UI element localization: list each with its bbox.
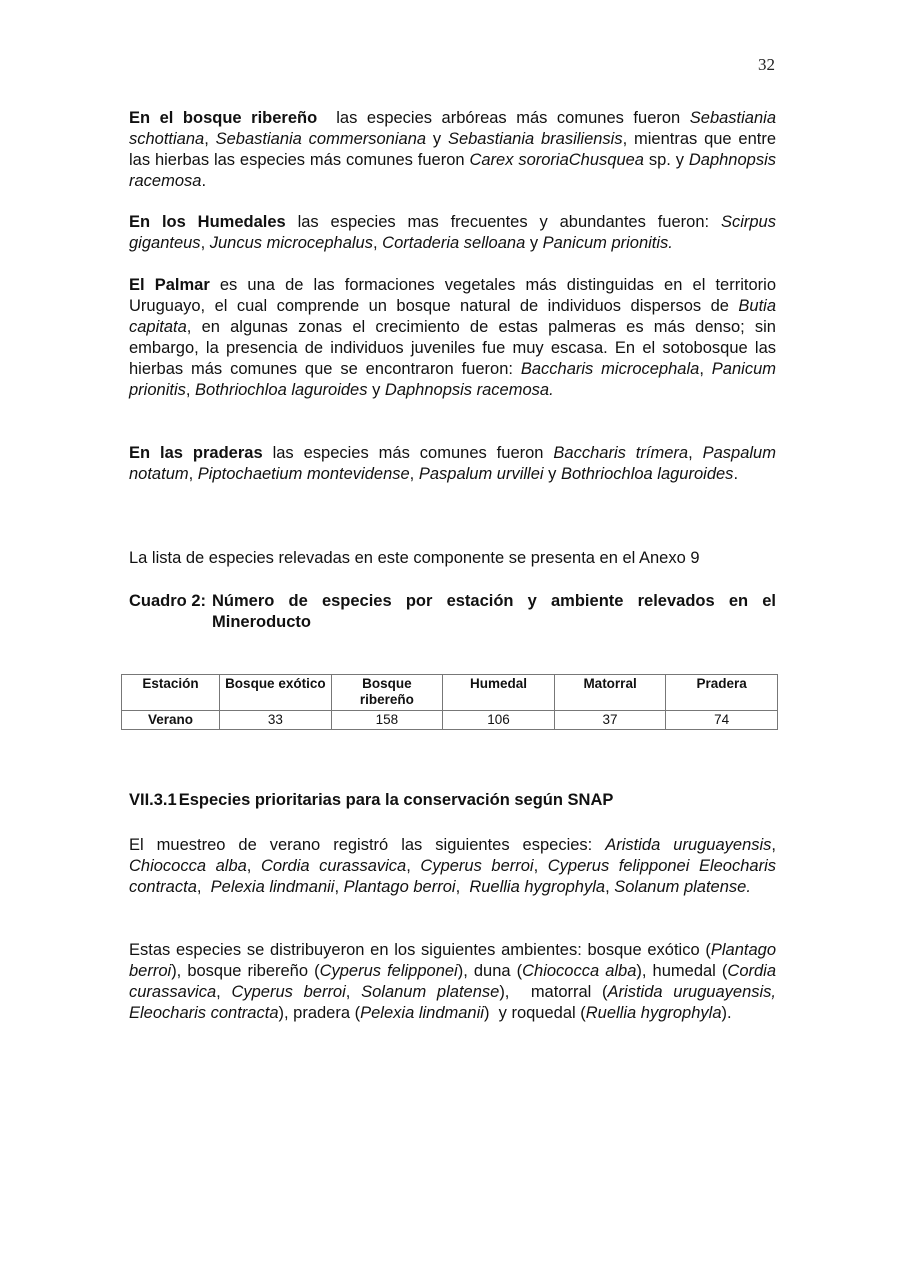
species-count-table: Estación Bosque exótico Bosque ribereño … [121,674,778,730]
text-run: , [334,878,343,896]
species-name: Daphnopsis racemosa. [385,381,554,399]
section-number: VII.3.1 [129,791,177,809]
cell-bosque-ribereno: 158 [331,711,443,730]
text-run: , [406,857,420,875]
text-run: las especies más comunes fueron [263,444,554,462]
species-name: Solanum platense. [614,878,751,896]
text-run: es una de las formaciones vegetales más … [129,276,781,315]
text-run: , [189,465,198,483]
species-name: Paspalum urvillei [419,465,544,483]
text-run: ), humedal ( [636,962,727,980]
bold-term: El Palmar [129,276,210,294]
paragraph-palmar: El Palmar es una de las formaciones vege… [129,275,776,401]
cell-matorral: 37 [554,711,666,730]
species-name: Chiococca alba [522,962,636,980]
text-run: sp. y [644,151,689,169]
text-run: , [204,130,215,148]
species-name: Bothriochloa laguroides [561,465,733,483]
header-bosque-ribereno: Bosque ribereño [331,675,443,711]
paragraph-anexo-reference: La lista de especies relevadas en este c… [129,548,776,569]
paragraph-distribucion-ambientes: Estas especies se distribuyeron en los s… [129,940,776,1024]
text-run: , [534,857,548,875]
text-run: , [197,878,211,896]
table-caption-label: Cuadro 2: [129,591,206,633]
species-name: Plantago berroi [344,878,456,896]
cell-humedal: 106 [443,711,555,730]
table-header-row: Estación Bosque exótico Bosque ribereño … [122,675,778,711]
text-run: ), duna ( [458,962,522,980]
text-run: El muestreo de verano registró las sigui… [129,836,605,854]
header-humedal: Humedal [443,675,555,711]
cell-estacion: Verano [122,711,220,730]
species-name: Carex sororiaChusquea [469,151,644,169]
text-run: , [605,878,614,896]
text-run: y [426,130,448,148]
species-name: Cyperus berroi [231,983,345,1001]
species-name: Sebastiania brasiliensis [448,130,623,148]
species-name: Piptochaetium montevidense [198,465,410,483]
section-heading: VII.3.1Especies prioritarias para la con… [129,791,613,810]
table-row: Verano 33 158 106 37 74 [122,711,778,730]
species-name: Juncus microcephalus [210,234,373,252]
species-name: Ruellia hygrophyla [469,878,605,896]
species-name: Baccharis microcephala [521,360,699,378]
text-run: y [367,381,384,399]
text-run: , [688,444,703,462]
text-run: La lista de especies relevadas en este c… [129,549,700,567]
header-pradera: Pradera [666,675,778,711]
species-name: Bothriochloa laguroides [195,381,367,399]
bold-term: En el bosque ribereño [129,109,317,127]
text-run: . [201,172,206,190]
text-run: , [216,983,231,1001]
species-name: Aristida uruguayensis [605,836,771,854]
text-run: las especies arbóreas más comunes fueron [317,109,690,127]
cell-pradera: 74 [666,711,778,730]
species-name: Pelexia lindmanii [211,878,335,896]
species-name: Cortaderia selloana [382,234,525,252]
text-run: Estas especies se distribuyeron en los s… [129,941,711,959]
species-name: Cyperus felipponei [320,962,458,980]
species-name: Sebastiania commersoniana [216,130,426,148]
species-name: Ruellia hygrophyla [586,1004,722,1022]
species-name: Solanum platense [361,983,499,1001]
text-run: . [733,465,738,483]
table-caption: Cuadro 2: Número de especies por estació… [129,591,776,633]
species-name: Cyperus berroi [420,857,533,875]
text-run: , [373,234,382,252]
cell-bosque-exotico: 33 [220,711,332,730]
header-matorral: Matorral [554,675,666,711]
header-estacion: Estación [122,675,220,711]
text-run: , [410,465,419,483]
text-run: , [247,857,261,875]
species-name: Cordia curassavica [261,857,406,875]
bold-term: En las praderas [129,444,263,462]
text-run: , [186,381,195,399]
text-run: , [771,836,780,854]
bold-term: En los Humedales [129,213,286,231]
text-run: ). [722,1004,732,1022]
document-page: 32 En el bosque ribereño las especies ar… [0,0,905,1280]
paragraph-praderas: En las praderas las especies más comunes… [129,443,776,485]
paragraph-bosque-ribereno: En el bosque ribereño las especies arbór… [129,108,776,192]
paragraph-muestreo-verano: El muestreo de verano registró las sigui… [129,835,776,898]
text-run: ), matorral ( [499,983,607,1001]
header-bosque-exotico: Bosque exótico [220,675,332,711]
text-run: y [544,465,561,483]
text-run: , [201,234,210,252]
text-run: ), bosque ribereño ( [171,962,319,980]
text-run: y [525,234,542,252]
species-name: Chiococca alba [129,857,247,875]
species-name: Baccharis trímera [553,444,688,462]
species-name: Panicum prionitis. [543,234,673,252]
text-run: ), pradera ( [279,1004,361,1022]
page-number: 32 [758,55,775,75]
text-run: ) y roquedal ( [484,1004,586,1022]
paragraph-humedales: En los Humedales las especies mas frecue… [129,212,776,254]
text-run: , [346,983,361,1001]
text-run: , [699,360,711,378]
section-title: Especies prioritarias para la conservaci… [179,791,614,809]
species-name: Pelexia lindmanii [360,1004,484,1022]
text-run: , [456,878,470,896]
text-run: las especies mas frecuentes y abundantes… [286,213,721,231]
table-caption-text: Número de especies por estación y ambien… [212,591,776,633]
